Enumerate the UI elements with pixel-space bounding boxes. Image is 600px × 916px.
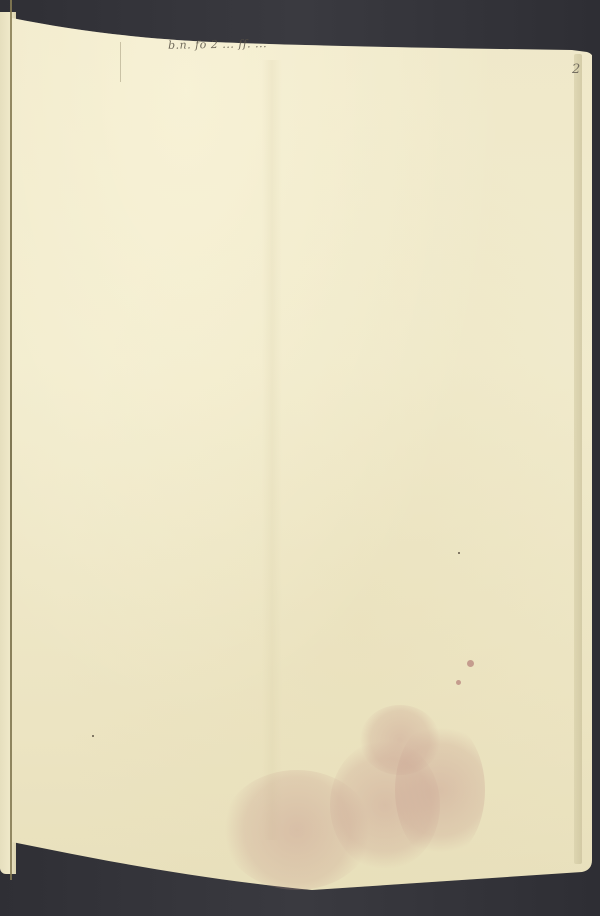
small-spot — [467, 660, 474, 667]
page-fold — [262, 60, 282, 840]
page-edge — [574, 54, 582, 864]
small-spot — [456, 680, 461, 685]
folio-number: 2 — [572, 62, 580, 77]
small-spot — [92, 735, 94, 737]
header-inscription: b.n. fo 2 ... ff. ... — [168, 37, 267, 52]
ruling-mark — [120, 42, 121, 82]
binding-gutter — [10, 0, 12, 880]
manuscript-photo: b.n. fo 2 ... ff. ... 2 — [0, 0, 600, 916]
small-spot — [458, 552, 460, 554]
stain — [360, 705, 440, 775]
